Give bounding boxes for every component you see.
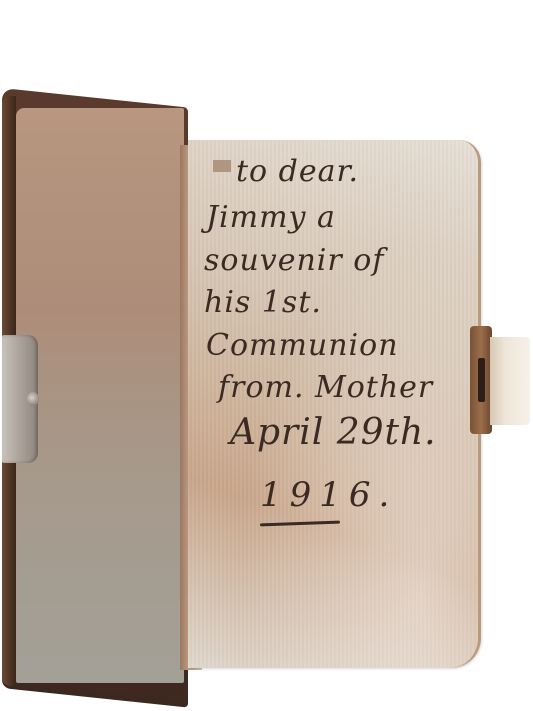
pencil-mark — [213, 160, 231, 172]
inscription-line: from. Mother — [218, 370, 433, 405]
inscription-year: 1916. — [260, 475, 397, 515]
clasp-slot — [478, 358, 485, 402]
clasp-rivet-icon — [27, 392, 39, 406]
inscription-line: his 1st. — [204, 285, 322, 320]
inscription-line: Jimmy a — [206, 200, 336, 235]
inscription-date: April 29th. — [230, 412, 437, 453]
inscription-line: Communion — [206, 328, 399, 363]
left-endpaper — [16, 108, 184, 683]
clasp-tab — [490, 337, 530, 425]
inscription-line: souvenir of — [204, 243, 384, 278]
inscription-line: to dear. — [236, 154, 359, 189]
book-photo: to dear. Jimmy a souvenir of his 1st. Co… — [0, 0, 533, 711]
